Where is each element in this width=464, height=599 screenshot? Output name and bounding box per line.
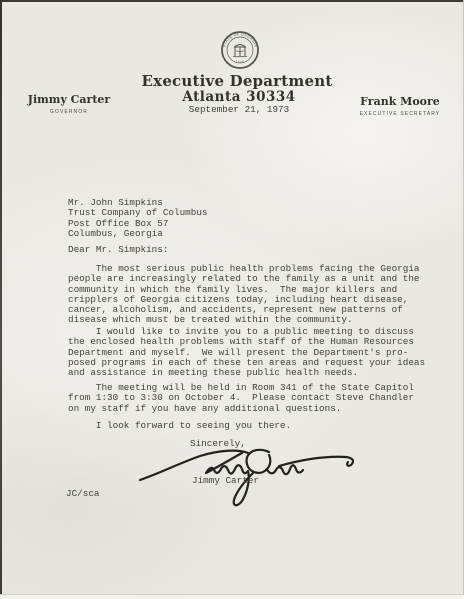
- scan-edge-bottom: [0, 594, 464, 599]
- body-paragraph-1: The most serious public health problems …: [68, 264, 419, 326]
- governor-name: Jimmy Carter: [14, 93, 124, 106]
- salutation: Dear Mr. Simpkins:: [68, 245, 168, 255]
- seal-text-bottom: 1776: [235, 60, 245, 65]
- recipient-address: Mr. John Simpkins Trust Company of Colum…: [68, 198, 207, 239]
- governor-name-block: Jimmy Carter GOVERNOR: [14, 93, 124, 115]
- typed-signature-name: Jimmy Carter: [192, 476, 259, 486]
- letter-date: September 21, 1973: [189, 105, 289, 115]
- scanned-letter-page: STATE OF GEORGIA 1776 Executive Departme…: [0, 0, 464, 599]
- executive-secretary-name-block: Frank Moore EXECUTIVE SECRETARY: [345, 95, 455, 117]
- letterhead-department: Executive Department: [142, 72, 333, 90]
- letterhead-city-zip: Atlanta 30334: [182, 89, 295, 105]
- executive-secretary-title: EXECUTIVE SECRETARY: [345, 111, 455, 117]
- reference-initials: JC/sca: [66, 489, 99, 499]
- body-paragraph-4: I look forward to seeing you there.: [68, 421, 291, 431]
- scan-edge-top: [0, 0, 464, 2]
- scan-edge-left: [0, 0, 2, 599]
- executive-secretary-name: Frank Moore: [345, 95, 455, 108]
- body-paragraph-2: I would like to invite you to a public m…: [68, 327, 425, 378]
- seal-arch-and-pillars: [233, 45, 247, 57]
- georgia-state-seal-icon: STATE OF GEORGIA 1776: [220, 30, 260, 70]
- governor-title: GOVERNOR: [14, 109, 124, 115]
- body-paragraph-3: The meeting will be held in Room 341 of …: [68, 383, 414, 414]
